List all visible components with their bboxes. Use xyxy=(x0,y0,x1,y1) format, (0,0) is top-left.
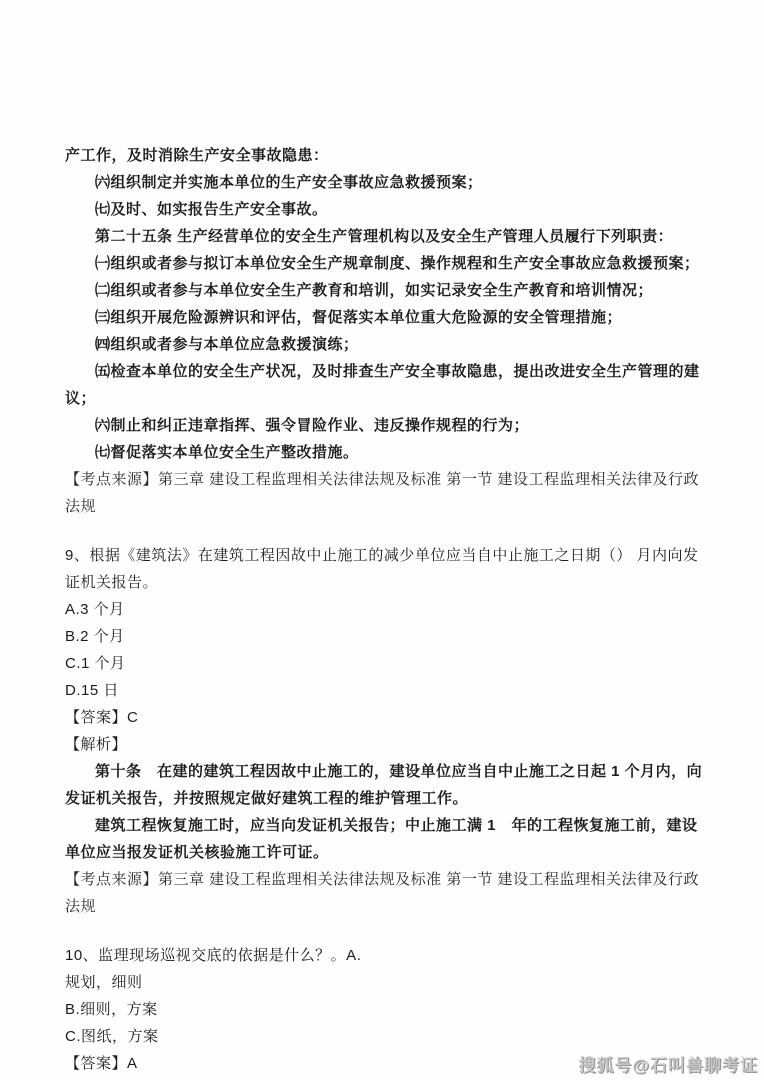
question-9-source-reference: 【考点来源】第三章 建设工程监理相关法律法规及标准 第一节 建设工程监理相关法律… xyxy=(65,866,708,920)
article-25-heading: 第二十五条 生产经营单位的安全生产管理机构以及安全生产管理人员履行下列职责： xyxy=(65,223,708,250)
article-25-item-3: ㈢组织开展危险源辨识和评估，督促落实本单位重大危险源的安全管理措施； xyxy=(65,304,708,331)
article-25-item-1: ㈠组织或者参与拟订本单位安全生产规章制度、操作规程和生产安全事故应急救援预案； xyxy=(65,250,708,277)
question-10-option-b: B.细则，方案 xyxy=(65,996,708,1023)
question-9-option-a: A.3 个月 xyxy=(65,596,708,623)
question-9-option-c: C.1 个月 xyxy=(65,650,708,677)
section-gap xyxy=(65,520,708,542)
watermark-text: 搜狐号@石叫兽聊考证 xyxy=(578,1051,758,1076)
question-10-option-a: 规划，细则 xyxy=(65,969,708,996)
question-9-analysis-paragraph-1: 第十条 在建的建筑工程因故中止施工的，建设单位应当自中止施工之日起 1 个月内，… xyxy=(65,758,708,812)
question-9-answer: 【答案】C xyxy=(65,704,708,731)
question-9-analysis-paragraph-2: 建筑工程恢复施工时，应当向发证机关报告；中止施工满 1 年的工程恢复施工前，建设… xyxy=(65,812,708,866)
document-content: 产工作，及时消除生产安全事故隐患： ㈥组织制定并实施本单位的生产安全事故应急救援… xyxy=(65,142,708,1077)
section-gap xyxy=(65,920,708,942)
law-item-6: ㈥组织制定并实施本单位的生产安全事故应急救援预案； xyxy=(65,169,708,196)
document-page: 产工作，及时消除生产安全事故隐患： ㈥组织制定并实施本单位的生产安全事故应急救援… xyxy=(0,0,764,1080)
question-9-option-d: D.15 日 xyxy=(65,677,708,704)
question-10-option-c: C.图纸，方案 xyxy=(65,1023,708,1050)
article-25-item-4: ㈣组织或者参与本单位应急救援演练； xyxy=(65,331,708,358)
article-25-item-6: ㈥制止和纠正违章指挥、强令冒险作业、违反操作规程的行为； xyxy=(65,412,708,439)
article-25-item-2: ㈡组织或者参与本单位安全生产教育和培训，如实记录安全生产教育和培训情况； xyxy=(65,277,708,304)
article-25-source-reference: 【考点来源】第三章 建设工程监理相关法律法规及标准 第一节 建设工程监理相关法律… xyxy=(65,466,708,520)
question-10-stem: 10、监理现场巡视交底的依据是什么？。A. xyxy=(65,942,708,969)
law-item-7: ㈦及时、如实报告生产安全事故。 xyxy=(65,196,708,223)
question-9-stem: 9、根据《建筑法》在建筑工程因故中止施工的减少单位应当自中止施工之日期（） 月内… xyxy=(65,542,708,596)
question-9-analysis-label: 【解析】 xyxy=(65,731,708,758)
question-9-option-b: B.2 个月 xyxy=(65,623,708,650)
law-continuation-intro: 产工作，及时消除生产安全事故隐患： xyxy=(65,142,708,169)
article-25-item-7: ㈦督促落实本单位安全生产整改措施。 xyxy=(65,439,708,466)
article-25-item-5: ㈤检查本单位的安全生产状况，及时排查生产安全事故隐患，提出改进安全生产管理的建议… xyxy=(65,358,708,412)
